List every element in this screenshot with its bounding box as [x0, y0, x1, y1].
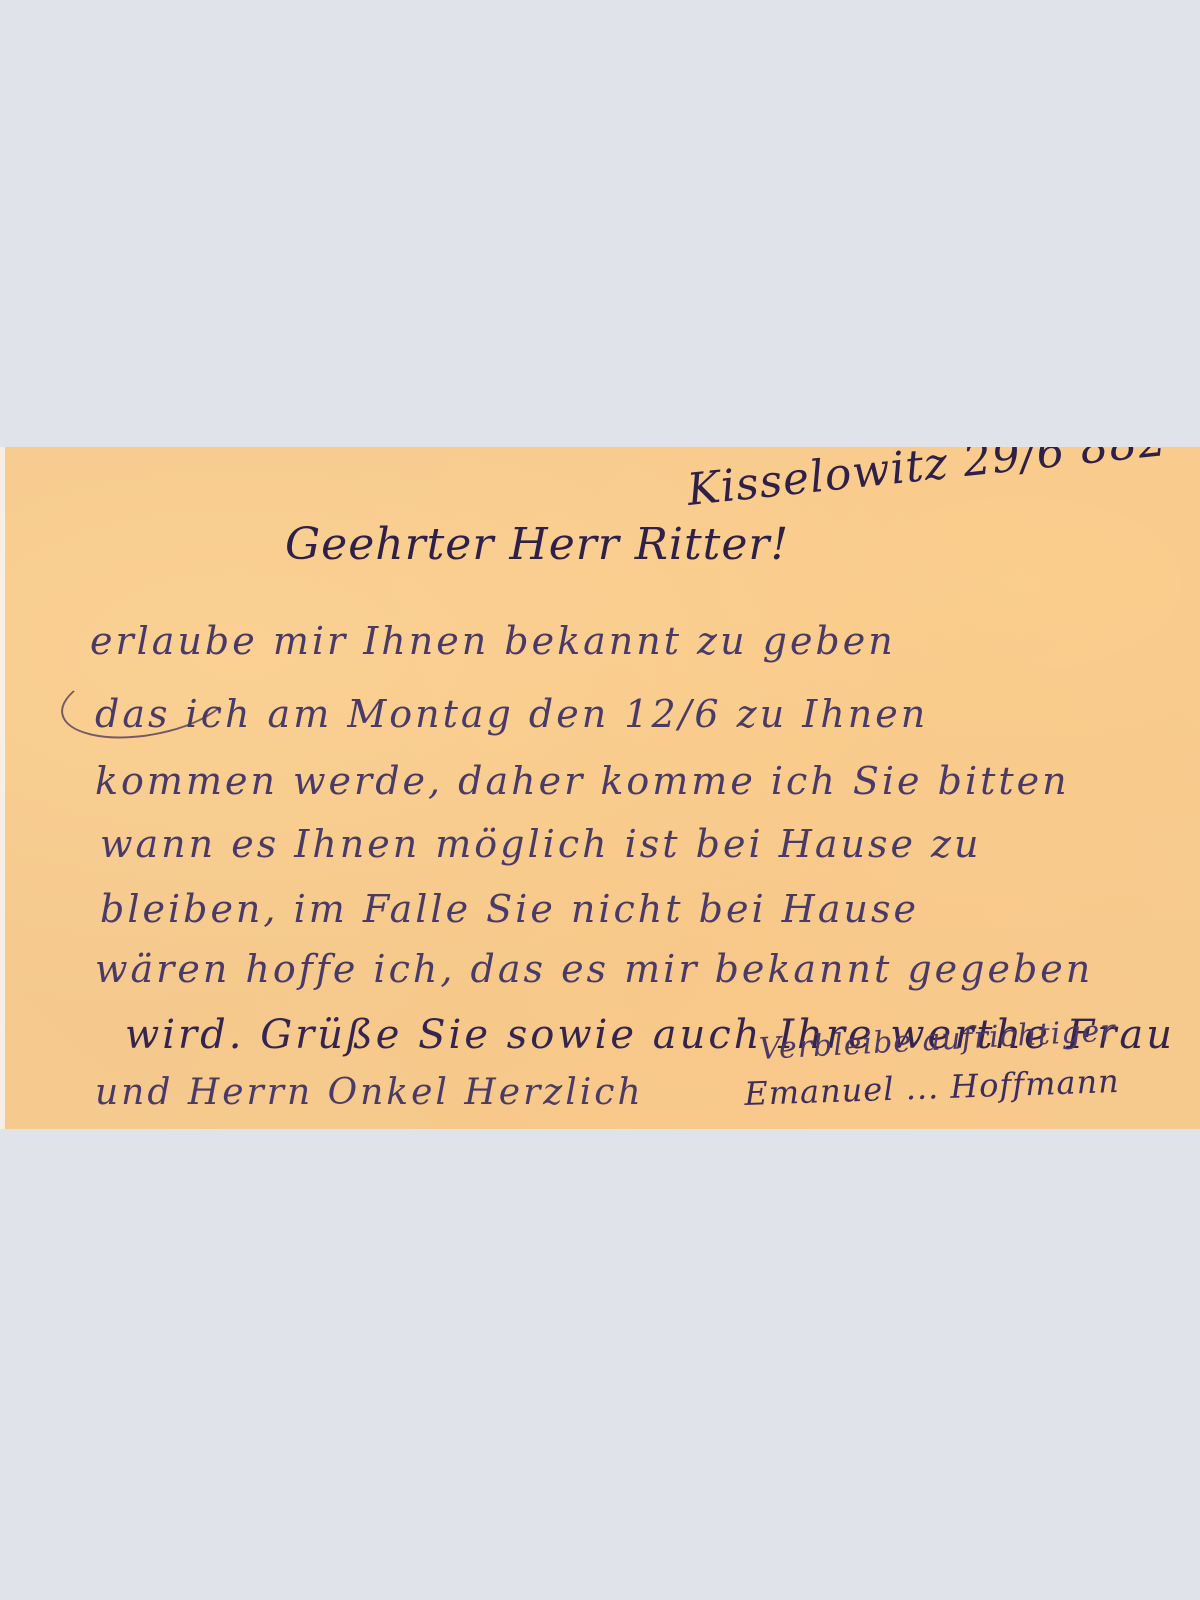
body-line: wären hoffe ich, das es mir bekannt gege…	[95, 947, 1093, 991]
body-line: bleiben, im Falle Sie nicht bei Hause	[100, 887, 919, 931]
page-background: Kisselowitz 29/6 882 Geehrter Herr Ritte…	[0, 0, 1200, 1600]
body-line: erlaube mir Ihnen bekannt zu geben	[90, 619, 896, 663]
body-line: und Herrn Onkel Herzlich	[95, 1072, 644, 1113]
signature: Emanuel ... Hoffmann	[744, 1062, 1121, 1113]
body-line: kommen werde, daher komme ich Sie bitten	[95, 759, 1070, 803]
salutation: Geehrter Herr Ritter!	[285, 519, 789, 570]
postcard: Kisselowitz 29/6 882 Geehrter Herr Ritte…	[0, 447, 1200, 1129]
dateline: Kisselowitz 29/6 882	[685, 447, 1170, 516]
postcard-left-edge	[0, 447, 5, 1129]
body-line: wann es Ihnen möglich ist bei Hause zu	[100, 822, 982, 866]
body-line: das ich am Montag den 12/6 zu Ihnen	[95, 692, 928, 736]
